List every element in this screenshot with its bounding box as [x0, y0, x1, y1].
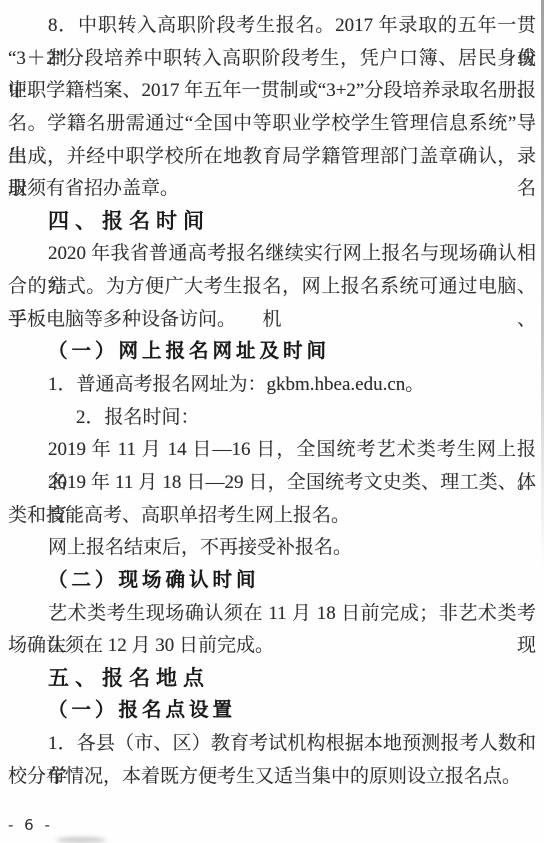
- doc-text-line: 1．普通高考报名网址为：gkbm.hbea.edu.cn。: [8, 369, 536, 402]
- doc-text-line: 2．报名时间：: [8, 402, 536, 435]
- doc-text-line: 网上报名结束后，不再接受补报名。: [8, 532, 536, 565]
- page-number: - 6 -: [8, 816, 53, 834]
- doc-text-line: 名。学籍名册需通过“全国中等职业学校学生管理信息系统”导出: [8, 108, 536, 141]
- doc-text-line: 艺术类考生现场确认须在 11 月 18 日前完成；非艺术类考生现: [8, 598, 536, 631]
- doc-heading-minor-line: （一）报名点设置: [8, 695, 536, 728]
- doc-text-line: 2020 年我省普通高考报名继续实行网上报名与现场确认相结: [8, 238, 536, 271]
- doc-text-line: 类和技能高考、高职单招考生网上报名。: [8, 500, 536, 533]
- doc-text-line: 8．中职转入高职阶段考生报名。2017 年录取的五年一贯制或: [8, 10, 536, 43]
- doc-text-line: 校分布情况，本着既方便考生又适当集中的原则设立报名点。: [8, 761, 536, 794]
- doc-text-line: 合的方式。为方便广大考生报名，网上报名系统可通过电脑、手机、: [8, 271, 536, 304]
- doc-text-line: 2019 年 11 月 14 日—16 日，全国统考艺术类考生网上报名。: [8, 434, 536, 467]
- doc-text-line: 1．各县（市、区）教育考试机构根据本地预测报考人数和学: [8, 728, 536, 761]
- doc-text-line: “3＋2”分段培养中职转入高职阶段考生，凭户口簿、居民身份证、: [8, 43, 536, 76]
- doc-text-line: 生成，并经中职学校所在地教育局学籍管理部门盖章确认，录取名: [8, 141, 536, 174]
- doc-text-line: 2019 年 11 月 18 日—29 日，全国统考文史类、理工类、体育: [8, 467, 536, 500]
- document-body: 8．中职转入高职阶段考生报名。2017 年录取的五年一贯制或“3＋2”分段培养中…: [8, 10, 536, 793]
- doc-heading-minor-line: （一）网上报名网址及时间: [8, 336, 536, 369]
- document-page: 8．中职转入高职阶段考生报名。2017 年录取的五年一贯制或“3＋2”分段培养中…: [0, 0, 544, 843]
- doc-heading-major-line: 五、报名地点: [8, 663, 536, 696]
- doc-heading-major-line: 四、报名时间: [8, 206, 536, 239]
- doc-heading-minor-line: （二）现场确认时间: [8, 565, 536, 598]
- doc-text-line: 中职学籍档案、2017 年五年一贯制或“3+2”分段培养录取名册报: [8, 75, 536, 108]
- scan-smudge-artifact: [56, 837, 106, 843]
